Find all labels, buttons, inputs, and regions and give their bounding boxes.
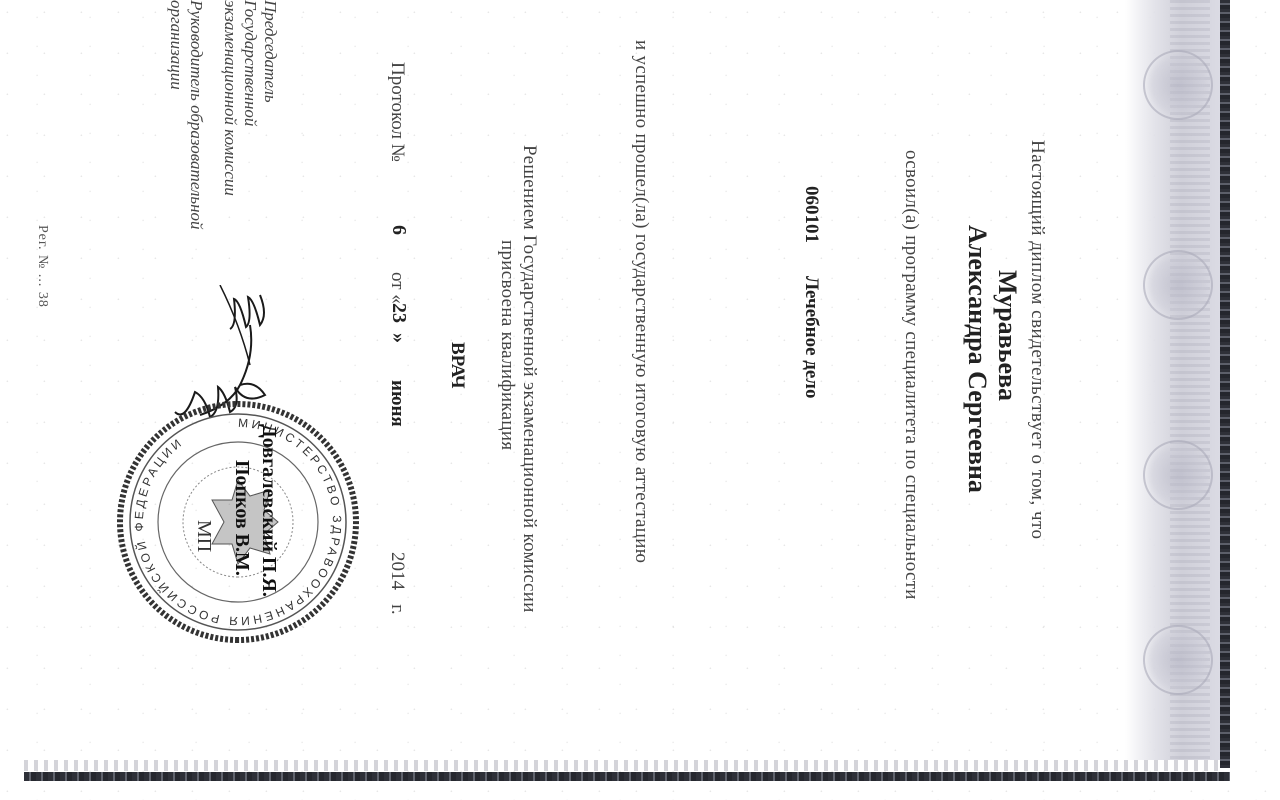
attestation-text: и успешно прошел(ла) государственную ито…	[630, 40, 652, 563]
chair-label-3: экзаменационной комиссии	[220, 0, 240, 230]
protocol-day-close: »	[388, 333, 410, 343]
head-label-1: Руководитель образовательной	[186, 0, 206, 230]
specialty-code: 060101	[800, 186, 822, 243]
chair-label-2: Государственной	[240, 0, 260, 230]
protocol-day: 23 »	[387, 303, 410, 343]
qualification: ВРАЧ	[446, 342, 468, 389]
chair-name: Довгалевский П.Я.	[257, 424, 280, 597]
protocol-from: от «	[386, 272, 408, 304]
protocol-day-value: 23	[388, 303, 410, 323]
chair-label-1: Председатель	[260, 0, 280, 230]
protocol-label: Протокол №	[386, 62, 408, 162]
diploma-page: Настоящий диплом свидетельствует о том, …	[0, 0, 1280, 800]
intro-text: Настоящий диплом свидетельствует о том, …	[1026, 140, 1048, 540]
stamp-mark: МП	[192, 520, 215, 552]
decision-line-1: Решением Государственной экзаменационной…	[518, 145, 540, 613]
signature-labels: Председатель Государственной экзаменацио…	[166, 0, 280, 230]
protocol-month: июня	[386, 380, 408, 427]
protocol-year-value: 2014	[387, 552, 408, 590]
specialty-name: Лечебное дело	[800, 276, 822, 398]
decision-line-2: присвоена квалификация	[496, 240, 518, 450]
protocol-number: 6	[387, 225, 410, 235]
registration-number: Рег. № ... 38	[34, 225, 50, 308]
recipient-given-names: Александра Сергеевна	[962, 225, 992, 493]
recipient-surname: Муравьева	[992, 270, 1022, 401]
program-text: освоил(а) программу специалитета по спец…	[900, 150, 922, 600]
protocol-year: 2014 г.	[386, 552, 408, 615]
head-name: Попков В.М.	[230, 460, 253, 576]
head-label-2: организации	[166, 0, 186, 230]
protocol-year-suffix: г.	[387, 604, 408, 614]
